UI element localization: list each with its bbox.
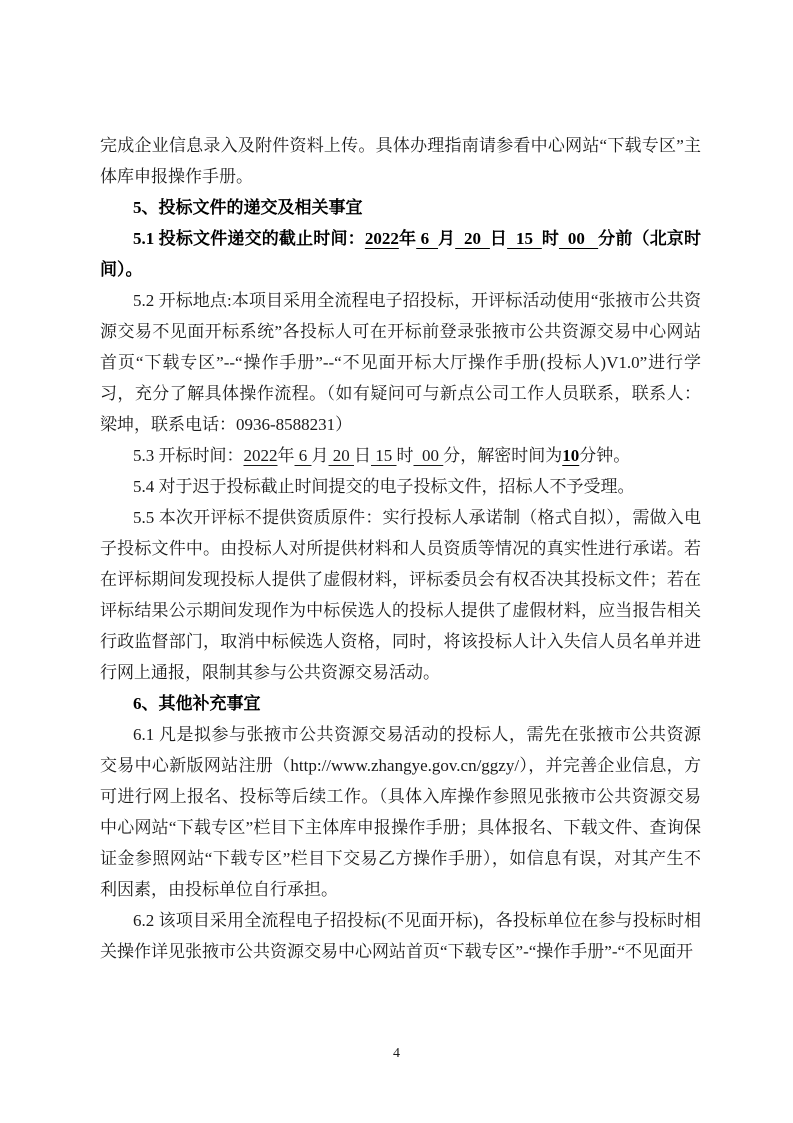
text-run: 6.1 凡是拟参与张掖市公共资源交易活动的投标人，需先在张掖市公共资源交易中心新… [100,725,701,899]
text-run: 00 [559,229,598,248]
text-run: 00 [414,446,444,465]
text-run: 月 [438,229,455,248]
text-run: 15 [371,446,397,465]
text-run: 6.2 该项目采用全流程电子招投标(不见面开标)，各投标单位在参与投标时相关操作… [100,911,701,961]
text-run: 年 [278,446,295,465]
document-body: 完成企业信息录入及附件资料上传。具体办理指南请参看中心网站“下载专区”主体库申报… [100,130,701,967]
text-run: 时 [542,229,559,248]
para-5-3: 5.3 开标时间：2022年 6 月 20 日 15 时 00 分，解密时间为1… [100,440,701,471]
text-run: 2022 [244,446,278,465]
text-run: 分，解密时间为 [443,446,562,465]
para-5-4: 5.4 对于迟于投标截止时间提交的电子投标文件，招标人不予受理。 [100,471,701,502]
text-run: 20 [329,446,355,465]
text-run: 2022 [365,229,399,248]
text-run: 分钟。 [579,446,630,465]
text-run: 日 [490,229,507,248]
document-page: 完成企业信息录入及附件资料上传。具体办理指南请参看中心网站“下载专区”主体库申报… [0,0,793,1123]
text-run: 完成企业信息录入及附件资料上传。具体办理指南请参看中心网站“下载专区”主体库申报… [100,136,701,186]
text-run: 日 [354,446,371,465]
heading-section-6: 6、其他补充事宜 [100,688,701,719]
text-run: 年 [399,229,416,248]
para-5-5: 5.5 本次开评标不提供资质原件：实行投标人承诺制（格式自拟），需做入电子投标文… [100,502,701,688]
text-run: 5.1 投标文件递交的截止时间： [133,229,365,248]
para-5-2: 5.2 开标地点:本项目采用全流程电子招投标，开评标活动使用“张掖市公共资源交易… [100,285,701,440]
page-number: 4 [0,1044,793,1064]
para-6-2: 6.2 该项目采用全流程电子招投标(不见面开标)，各投标单位在参与投标时相关操作… [100,905,701,967]
text-run: 5、投标文件的递交及相关事宜 [133,198,363,217]
text-run: 5.4 对于迟于投标截止时间提交的电子投标文件，招标人不予受理。 [133,477,635,496]
text-run: 时 [397,446,414,465]
para-carryover: 完成企业信息录入及附件资料上传。具体办理指南请参看中心网站“下载专区”主体库申报… [100,130,701,192]
para-6-1: 6.1 凡是拟参与张掖市公共资源交易活动的投标人，需先在张掖市公共资源交易中心新… [100,719,701,905]
text-run: 6 [295,446,312,465]
text-run: 5.3 开标时间： [133,446,244,465]
heading-section-5: 5、投标文件的递交及相关事宜 [100,192,701,223]
text-run: 6、其他补充事宜 [133,694,261,713]
text-run: 月 [312,446,329,465]
text-run: 6 [416,229,438,248]
text-run: 20 [455,229,490,248]
text-run: 10 [562,446,579,465]
para-5-1: 5.1 投标文件递交的截止时间：2022年 6 月 20 日 15 时 00 分… [100,223,701,285]
text-run: 15 [507,229,542,248]
text-run: 5.2 开标地点:本项目采用全流程电子招投标，开评标活动使用“张掖市公共资源交易… [100,291,701,434]
text-run: 5.5 本次开评标不提供资质原件：实行投标人承诺制（格式自拟），需做入电子投标文… [100,508,701,682]
